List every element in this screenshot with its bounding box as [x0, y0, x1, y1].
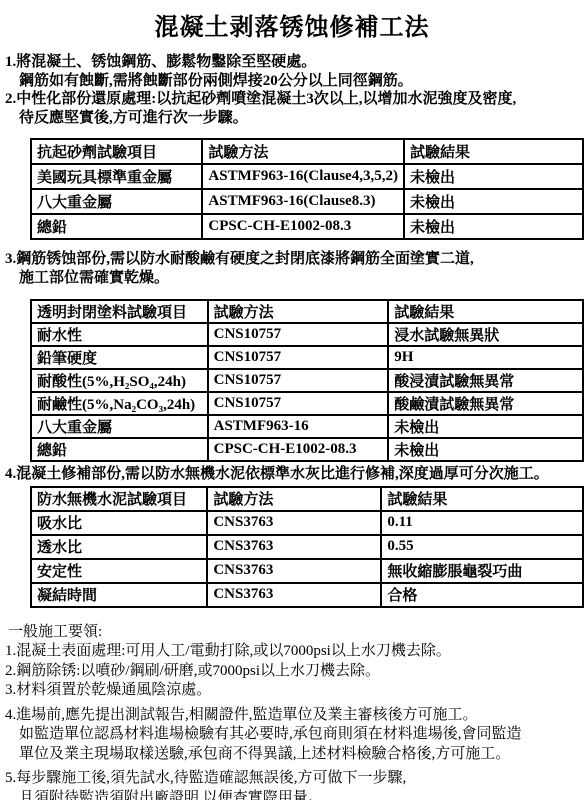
table-row: 總鉛 CPSC-CH-E1002-08.3 未檢出: [31, 214, 583, 239]
guideline-4-continuation: 如監造單位認爲材料進場檢驗有其必要時,承包商則須在材料進場後,會同監造: [0, 725, 584, 745]
test-result-cell: 未檢出: [404, 189, 583, 214]
test-item-cell: 美國玩具標準重金屬: [31, 164, 202, 189]
test-result-cell: 0.11: [381, 511, 583, 535]
step-3: 3.鋼筋锈蚀部份,需以防水耐酸鹼有硬度之封閉底漆將鋼筋全面塗實二道, 施工部位需…: [0, 250, 584, 287]
header-cell: 試驗方法: [208, 300, 389, 323]
table-row: 耐水性 CNS10757 浸水試驗無異狀: [31, 323, 583, 346]
guideline-5-continuation: 且須附待監造須附出廠證明,以便查實際用量。: [0, 789, 584, 800]
test-result-cell: 未檢出: [388, 415, 583, 438]
clear-sealer-coating-test-table: 透明封閉塗料試驗項目 試驗方法 試驗結果 耐水性 CNS10757 浸水試驗無異…: [30, 299, 584, 462]
step-3-continuation: 施工部位需確實乾燥。: [0, 269, 584, 288]
test-result-cell: 0.55: [381, 535, 583, 559]
guideline-4-continuation: 單位及業主現場取樣送驗,承包商不得異議,上述材料檢驗合格後,方可施工。: [0, 745, 584, 765]
guidelines-heading: 一般施工要領:: [0, 623, 584, 643]
test-item-cell: 耐水性: [31, 323, 208, 346]
test-method-cell: CPSC-CH-E1002-08.3: [202, 214, 404, 239]
guideline-3: 3.材料須置於乾燥通風陰涼處。: [0, 681, 584, 701]
table-row: 吸水比 CNS3763 0.11: [31, 511, 583, 535]
table-header-row: 抗起砂劑試驗項目 試驗方法 試驗結果: [31, 139, 583, 164]
test-item-cell: 八大重金屬: [31, 415, 208, 438]
anti-sanding-agent-test-table: 抗起砂劑試驗項目 試驗方法 試驗結果 美國玩具標準重金屬 ASTMF963-16…: [30, 138, 584, 240]
test-method-cell: CNS10757: [208, 369, 389, 392]
test-result-cell: 酸浸漬試驗無異常: [388, 369, 583, 392]
header-cell: 試驗方法: [202, 139, 404, 164]
test-method-cell: CNS3763: [207, 583, 381, 607]
guideline-1: 1.混凝土表面處理:可用人工/電動打除,或以7000psi以上水刀機去除。: [0, 642, 584, 662]
intro-steps: 1.將混凝土、锈蚀鋼筋、膨鬆物鑿除至堅硬處。 鋼筋如有蝕斷,需將蝕斷部份兩側焊接…: [0, 53, 584, 127]
table-row: 安定性 CNS3763 無收縮膨脹龜裂巧曲: [31, 559, 583, 583]
test-result-cell: 9H: [388, 346, 583, 369]
table-row: 八大重金屬 ASTMF963-16(Clause8.3) 未檢出: [31, 189, 583, 214]
test-method-cell: CNS10757: [208, 346, 389, 369]
test-result-cell: 浸水試驗無異狀: [388, 323, 583, 346]
test-method-cell: CNS10757: [208, 392, 389, 415]
header-cell: 試驗結果: [404, 139, 583, 164]
table-row: 耐酸性(5%,H₂SO₄,24h) CNS10757 酸浸漬試驗無異常: [31, 369, 583, 392]
test-item-cell: 鉛筆硬度: [31, 346, 208, 369]
header-cell: 抗起砂劑試驗項目: [31, 139, 202, 164]
test-method-cell: CNS3763: [207, 535, 381, 559]
test-item-cell: 吸水比: [31, 511, 207, 535]
table-row: 透水比 CNS3763 0.55: [31, 535, 583, 559]
test-method-cell: CNS3763: [207, 559, 381, 583]
table-row: 凝結時間 CNS3763 合格: [31, 583, 583, 607]
guideline-4: 4.進場前,應先提出測試報告,相關證件,監造單位及業主審核後方可施工。: [0, 706, 584, 726]
test-method-cell: CNS3763: [207, 511, 381, 535]
document-page: 混凝土剥落锈蚀修補工法 1.將混凝土、锈蚀鋼筋、膨鬆物鑿除至堅硬處。 鋼筋如有蝕…: [0, 0, 584, 800]
step-1-line: 1.將混凝土、锈蚀鋼筋、膨鬆物鑿除至堅硬處。: [0, 53, 584, 72]
test-item-cell: 凝結時間: [31, 583, 207, 607]
test-result-cell: 未檢出: [404, 164, 583, 189]
general-construction-guidelines: 一般施工要領: 1.混凝土表面處理:可用人工/電動打除,或以7000psi以上水…: [0, 623, 584, 800]
test-result-cell: 未檢出: [388, 438, 583, 461]
test-result-cell: 合格: [381, 583, 583, 607]
step-2-line: 2.中性化部份還原處理:以抗起砂劑噴塗混凝土3次以上,以增加水泥強度及密度,: [0, 90, 584, 109]
table-row: 鉛筆硬度 CNS10757 9H: [31, 346, 583, 369]
test-item-cell: 八大重金屬: [31, 189, 202, 214]
header-cell: 試驗方法: [207, 487, 381, 511]
waterproof-inorganic-cement-test-table: 防水無機水泥試驗項目 試驗方法 試驗結果 吸水比 CNS3763 0.11 透水…: [30, 486, 584, 608]
test-item-cell: 耐酸性(5%,H₂SO₄,24h): [31, 369, 208, 392]
test-method-cell: ASTMF963-16: [208, 415, 389, 438]
test-item-cell: 耐鹼性(5%,Na₂CO₃,24h): [31, 392, 208, 415]
test-method-cell: ASTMF963-16(Clause4,3,5,2): [202, 164, 404, 189]
header-cell: 試驗結果: [388, 300, 583, 323]
header-cell: 防水無機水泥試驗項目: [31, 487, 207, 511]
test-result-cell: 無收縮膨脹龜裂巧曲: [381, 559, 583, 583]
test-item-cell: 透水比: [31, 535, 207, 559]
step-4: 4.混凝土修補部份,需以防水無機水泥依標準水灰比進行修補,深度過厚可分次施工。: [0, 465, 584, 484]
guideline-2: 2.鋼筋除锈:以噴砂/鋼刷/研磨,或7000psi以上水刀機去除。: [0, 662, 584, 682]
test-item-cell: 總鉛: [31, 214, 202, 239]
document-title: 混凝土剥落锈蚀修補工法: [0, 0, 584, 42]
table-row: 八大重金屬 ASTMF963-16 未檢出: [31, 415, 583, 438]
test-method-cell: CPSC-CH-E1002-08.3: [208, 438, 389, 461]
test-method-cell: CNS10757: [208, 323, 389, 346]
table-row: 總鉛 CPSC-CH-E1002-08.3 未檢出: [31, 438, 583, 461]
test-item-cell: 安定性: [31, 559, 207, 583]
test-item-cell: 總鉛: [31, 438, 208, 461]
header-cell: 透明封閉塗料試驗項目: [31, 300, 208, 323]
test-result-cell: 酸鹼漬試驗無異常: [388, 392, 583, 415]
step-3-line: 3.鋼筋锈蚀部份,需以防水耐酸鹼有硬度之封閉底漆將鋼筋全面塗實二道,: [0, 250, 584, 269]
table-row: 耐鹼性(5%,Na₂CO₃,24h) CNS10757 酸鹼漬試驗無異常: [31, 392, 583, 415]
test-result-cell: 未檢出: [404, 214, 583, 239]
step-2-continuation: 待反應堅實後,方可進行次一步驟。: [0, 109, 584, 128]
step-1-continuation: 鋼筋如有蝕斷,需將蝕斷部份兩側焊接20公分以上同徑鋼筋。: [0, 72, 584, 91]
guideline-5: 5.每步驟施工後,須先試水,待監造確認無誤後,方可做下一步驟,: [0, 769, 584, 789]
table-header-row: 防水無機水泥試驗項目 試驗方法 試驗結果: [31, 487, 583, 511]
step-4-line: 4.混凝土修補部份,需以防水無機水泥依標準水灰比進行修補,深度過厚可分次施工。: [0, 465, 584, 484]
table-row: 美國玩具標準重金屬 ASTMF963-16(Clause4,3,5,2) 未檢出: [31, 164, 583, 189]
test-method-cell: ASTMF963-16(Clause8.3): [202, 189, 404, 214]
table-header-row: 透明封閉塗料試驗項目 試驗方法 試驗結果: [31, 300, 583, 323]
header-cell: 試驗結果: [381, 487, 583, 511]
